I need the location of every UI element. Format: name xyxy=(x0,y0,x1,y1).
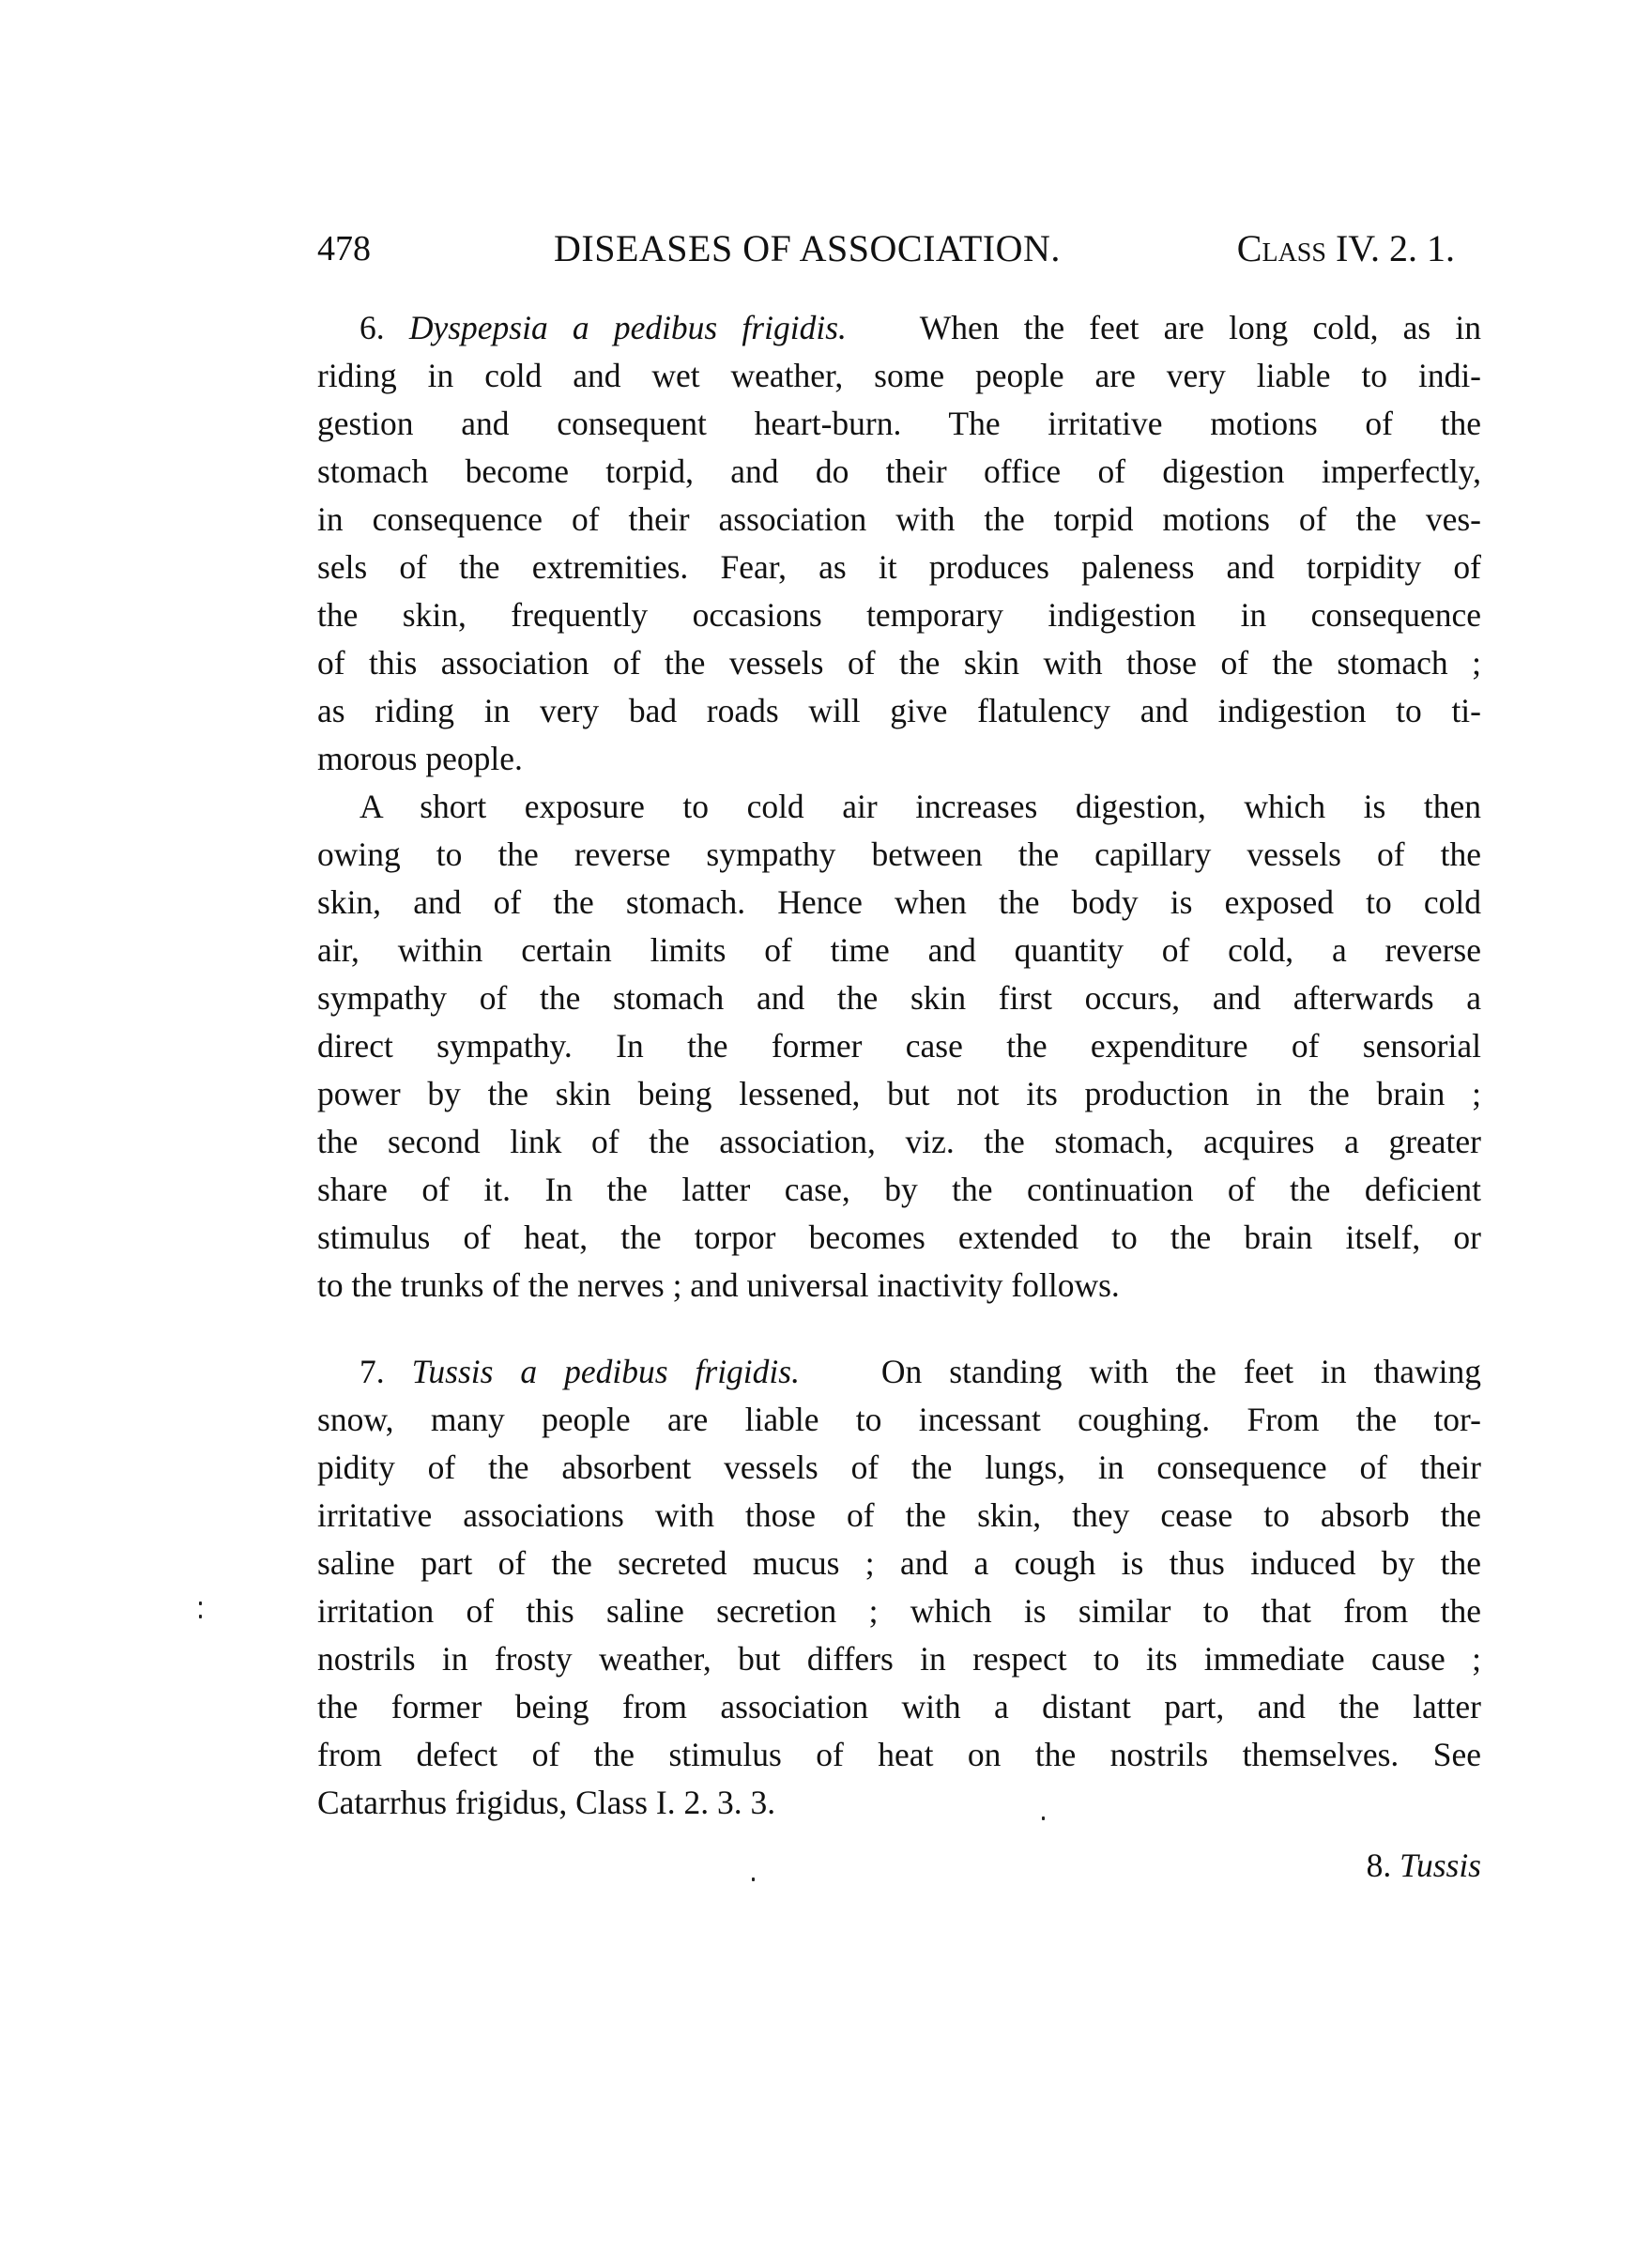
text-line: When the feet are long cold, as in xyxy=(920,309,1481,346)
text-line: gestion and consequent heart-burn. The i… xyxy=(317,400,1481,448)
text-line: stomach become torpid, and do their offi… xyxy=(317,448,1481,496)
text-line: power by the skin being lessened, but no… xyxy=(317,1070,1481,1118)
scan-speck xyxy=(199,1615,202,1618)
text-line: pidity of the absorbent vessels of the l… xyxy=(317,1444,1481,1492)
catchword-word: Tussis xyxy=(1400,1847,1481,1884)
section-7-number: 7. xyxy=(359,1353,385,1390)
running-title: DISEASES OF ASSOCIATION. xyxy=(554,225,1061,272)
text-line: share of it. In the latter case, by the … xyxy=(317,1166,1481,1214)
text-line: morous people. xyxy=(317,735,1481,783)
text-line: the skin, frequently occasions temporary… xyxy=(317,591,1481,639)
text-line: from defect of the stimulus of heat on t… xyxy=(317,1731,1481,1779)
running-header: 478 DISEASES OF ASSOCIATION. Class IV. 2… xyxy=(317,225,1455,272)
section-6-number: 6. xyxy=(359,309,385,346)
text-line: skin, and of the stomach. Hence when the… xyxy=(317,879,1481,927)
text-line: A short exposure to cold air increases d… xyxy=(359,783,1481,831)
text-line: Catarrhus frigidus, Class I. 2. 3. 3. xyxy=(317,1779,1481,1827)
text-line: air, within certain limits of time and q… xyxy=(317,927,1481,974)
text-line: the second link of the association, viz.… xyxy=(317,1118,1481,1166)
text-line: riding in cold and wet weather, some peo… xyxy=(317,352,1481,400)
text-line: snow, many people are liable to incessan… xyxy=(317,1396,1481,1444)
text-line: the former being from association with a… xyxy=(317,1683,1481,1731)
text-line: owing to the reverse sympathy between th… xyxy=(317,831,1481,879)
text-line: nostrils in frosty weather, but differs … xyxy=(317,1635,1481,1683)
scan-speck xyxy=(199,1602,202,1605)
section-6-first-line: 6. Dyspepsia a pedibus frigidis. When th… xyxy=(359,304,1481,352)
text-line: irritation of this saline secretion ; wh… xyxy=(317,1587,1481,1635)
catchword-number: 8. xyxy=(1367,1847,1392,1884)
scan-speck xyxy=(1042,1816,1045,1820)
text-line: irritative associations with those of th… xyxy=(317,1492,1481,1540)
section-7-first-line: 7. Tussis a pedibus frigidis. On standin… xyxy=(359,1348,1481,1396)
section-6-title: Dyspepsia a pedibus frigidis. xyxy=(409,309,847,346)
class-reference: Class IV. 2. 1. xyxy=(1237,225,1455,272)
catchword: 8. Tussis xyxy=(1367,1842,1481,1890)
book-page: 478 DISEASES OF ASSOCIATION. Class IV. 2… xyxy=(0,0,1652,2253)
text-line: to the trunks of the nerves ; and univer… xyxy=(317,1262,1481,1310)
text-line: sympathy of the stomach and the skin fir… xyxy=(317,974,1481,1022)
section-7-title: Tussis a pedibus frigidis. xyxy=(412,1353,800,1390)
text-line: in consequence of their association with… xyxy=(317,496,1481,544)
text-line: direct sympathy. In the former case the … xyxy=(317,1022,1481,1070)
text-line: sels of the extremities. Fear, as it pro… xyxy=(317,544,1481,591)
scan-speck xyxy=(752,1877,755,1881)
text-line: On standing with the feet in thawing xyxy=(881,1353,1481,1390)
text-line: as riding in very bad roads will give fl… xyxy=(317,687,1481,735)
text-line: saline part of the secreted mucus ; and … xyxy=(317,1540,1481,1587)
text-line: of this association of the vessels of th… xyxy=(317,639,1481,687)
text-line: stimulus of heat, the torpor becomes ext… xyxy=(317,1214,1481,1262)
page-number: 478 xyxy=(317,225,371,272)
